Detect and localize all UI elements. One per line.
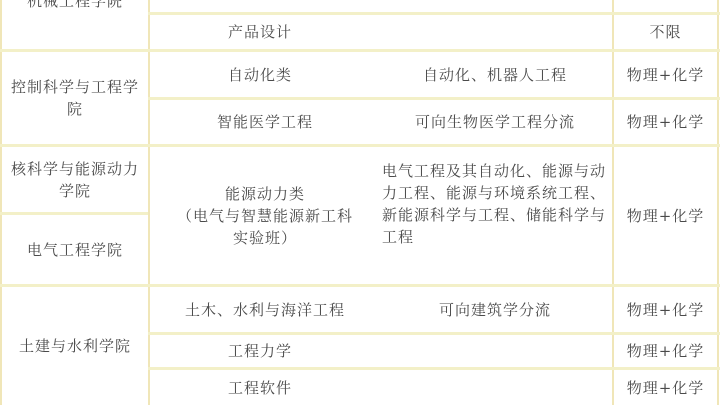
college-label: 土建与水利学院 (19, 335, 131, 357)
requirement-label: 物理+化学 (627, 111, 705, 133)
category-medical: 智能医学工程 (150, 100, 380, 144)
college-civil: 土建与水利学院 (2, 287, 148, 405)
college-nuclear: 核科学与能源动力学院 (8, 147, 142, 212)
category-automation: 自动化类 (150, 52, 370, 97)
requirement-none: 不限 (614, 15, 717, 49)
college-label: 控制科学与工程学院 (8, 76, 142, 120)
category-label: 土木、水利与海洋工程 (185, 299, 345, 321)
requirement-physics-chemistry: 物理+化学 (614, 335, 717, 367)
requirement-label: 不限 (649, 21, 681, 43)
majors-label: 可向建筑学分流 (439, 299, 551, 321)
requirement-physics-chemistry: 物理+化学 (614, 100, 717, 144)
majors-label: 电气工程及其自动化、能源与动力工程、能源与环境系统工程、新能源科学与工程、储能科… (382, 160, 610, 248)
requirement-physics-chemistry: 物理+化学 (614, 287, 717, 332)
category-label: 工程力学 (228, 340, 292, 362)
requirement-physics-chemistry: 物理+化学 (614, 52, 717, 97)
college-label: 电气工程学院 (27, 239, 123, 261)
requirement-label: 物理+化学 (627, 377, 705, 399)
college-label: 核科学与能源动力学院 (8, 158, 142, 202)
border-right (717, 0, 719, 405)
category-label: 自动化类 (228, 64, 292, 86)
majors-energy: 电气工程及其自动化、能源与动力工程、能源与环境系统工程、新能源科学与工程、储能科… (382, 160, 610, 268)
college-mechanical: 机械工程学院 (2, 0, 148, 16)
college-label: 机械工程学院 (27, 0, 123, 12)
majors-medical: 可向生物医学工程分流 (380, 100, 610, 144)
category-label: 产品设计 (228, 21, 292, 43)
requirement-physics-chemistry: 物理+化学 (614, 147, 717, 284)
college-control: 控制科学与工程学院 (8, 52, 142, 144)
requirement-label: 物理+化学 (627, 205, 705, 227)
category-mechanics: 工程力学 (150, 335, 370, 367)
majors-label: 自动化、机器人工程 (423, 64, 567, 86)
requirement-physics-chemistry: 物理+化学 (614, 370, 717, 405)
category-energy: 能源动力类 （电气与智慧能源新工科 实验班） (150, 147, 380, 284)
requirement-label: 物理+化学 (627, 64, 705, 86)
enrollment-table: 机械工程学院 控制科学与工程学院 核科学与能源动力学院 电气工程学院 土建与水利… (0, 0, 720, 405)
category-label: 智能医学工程 (217, 111, 313, 133)
category-product-design: 产品设计 (150, 15, 370, 49)
category-label: 能源动力类 （电气与智慧能源新工科 实验班） (177, 183, 353, 249)
requirement-label: 物理+化学 (627, 299, 705, 321)
majors-label: 可向生物医学工程分流 (415, 111, 575, 133)
category-civil: 土木、水利与海洋工程 (150, 287, 380, 332)
college-electrical: 电气工程学院 (2, 215, 148, 284)
majors-civil: 可向建筑学分流 (380, 287, 610, 332)
requirement-label: 物理+化学 (627, 340, 705, 362)
majors-automation: 自动化、机器人工程 (380, 52, 610, 97)
category-software: 工程软件 (150, 370, 370, 405)
category-label: 工程软件 (228, 377, 292, 399)
